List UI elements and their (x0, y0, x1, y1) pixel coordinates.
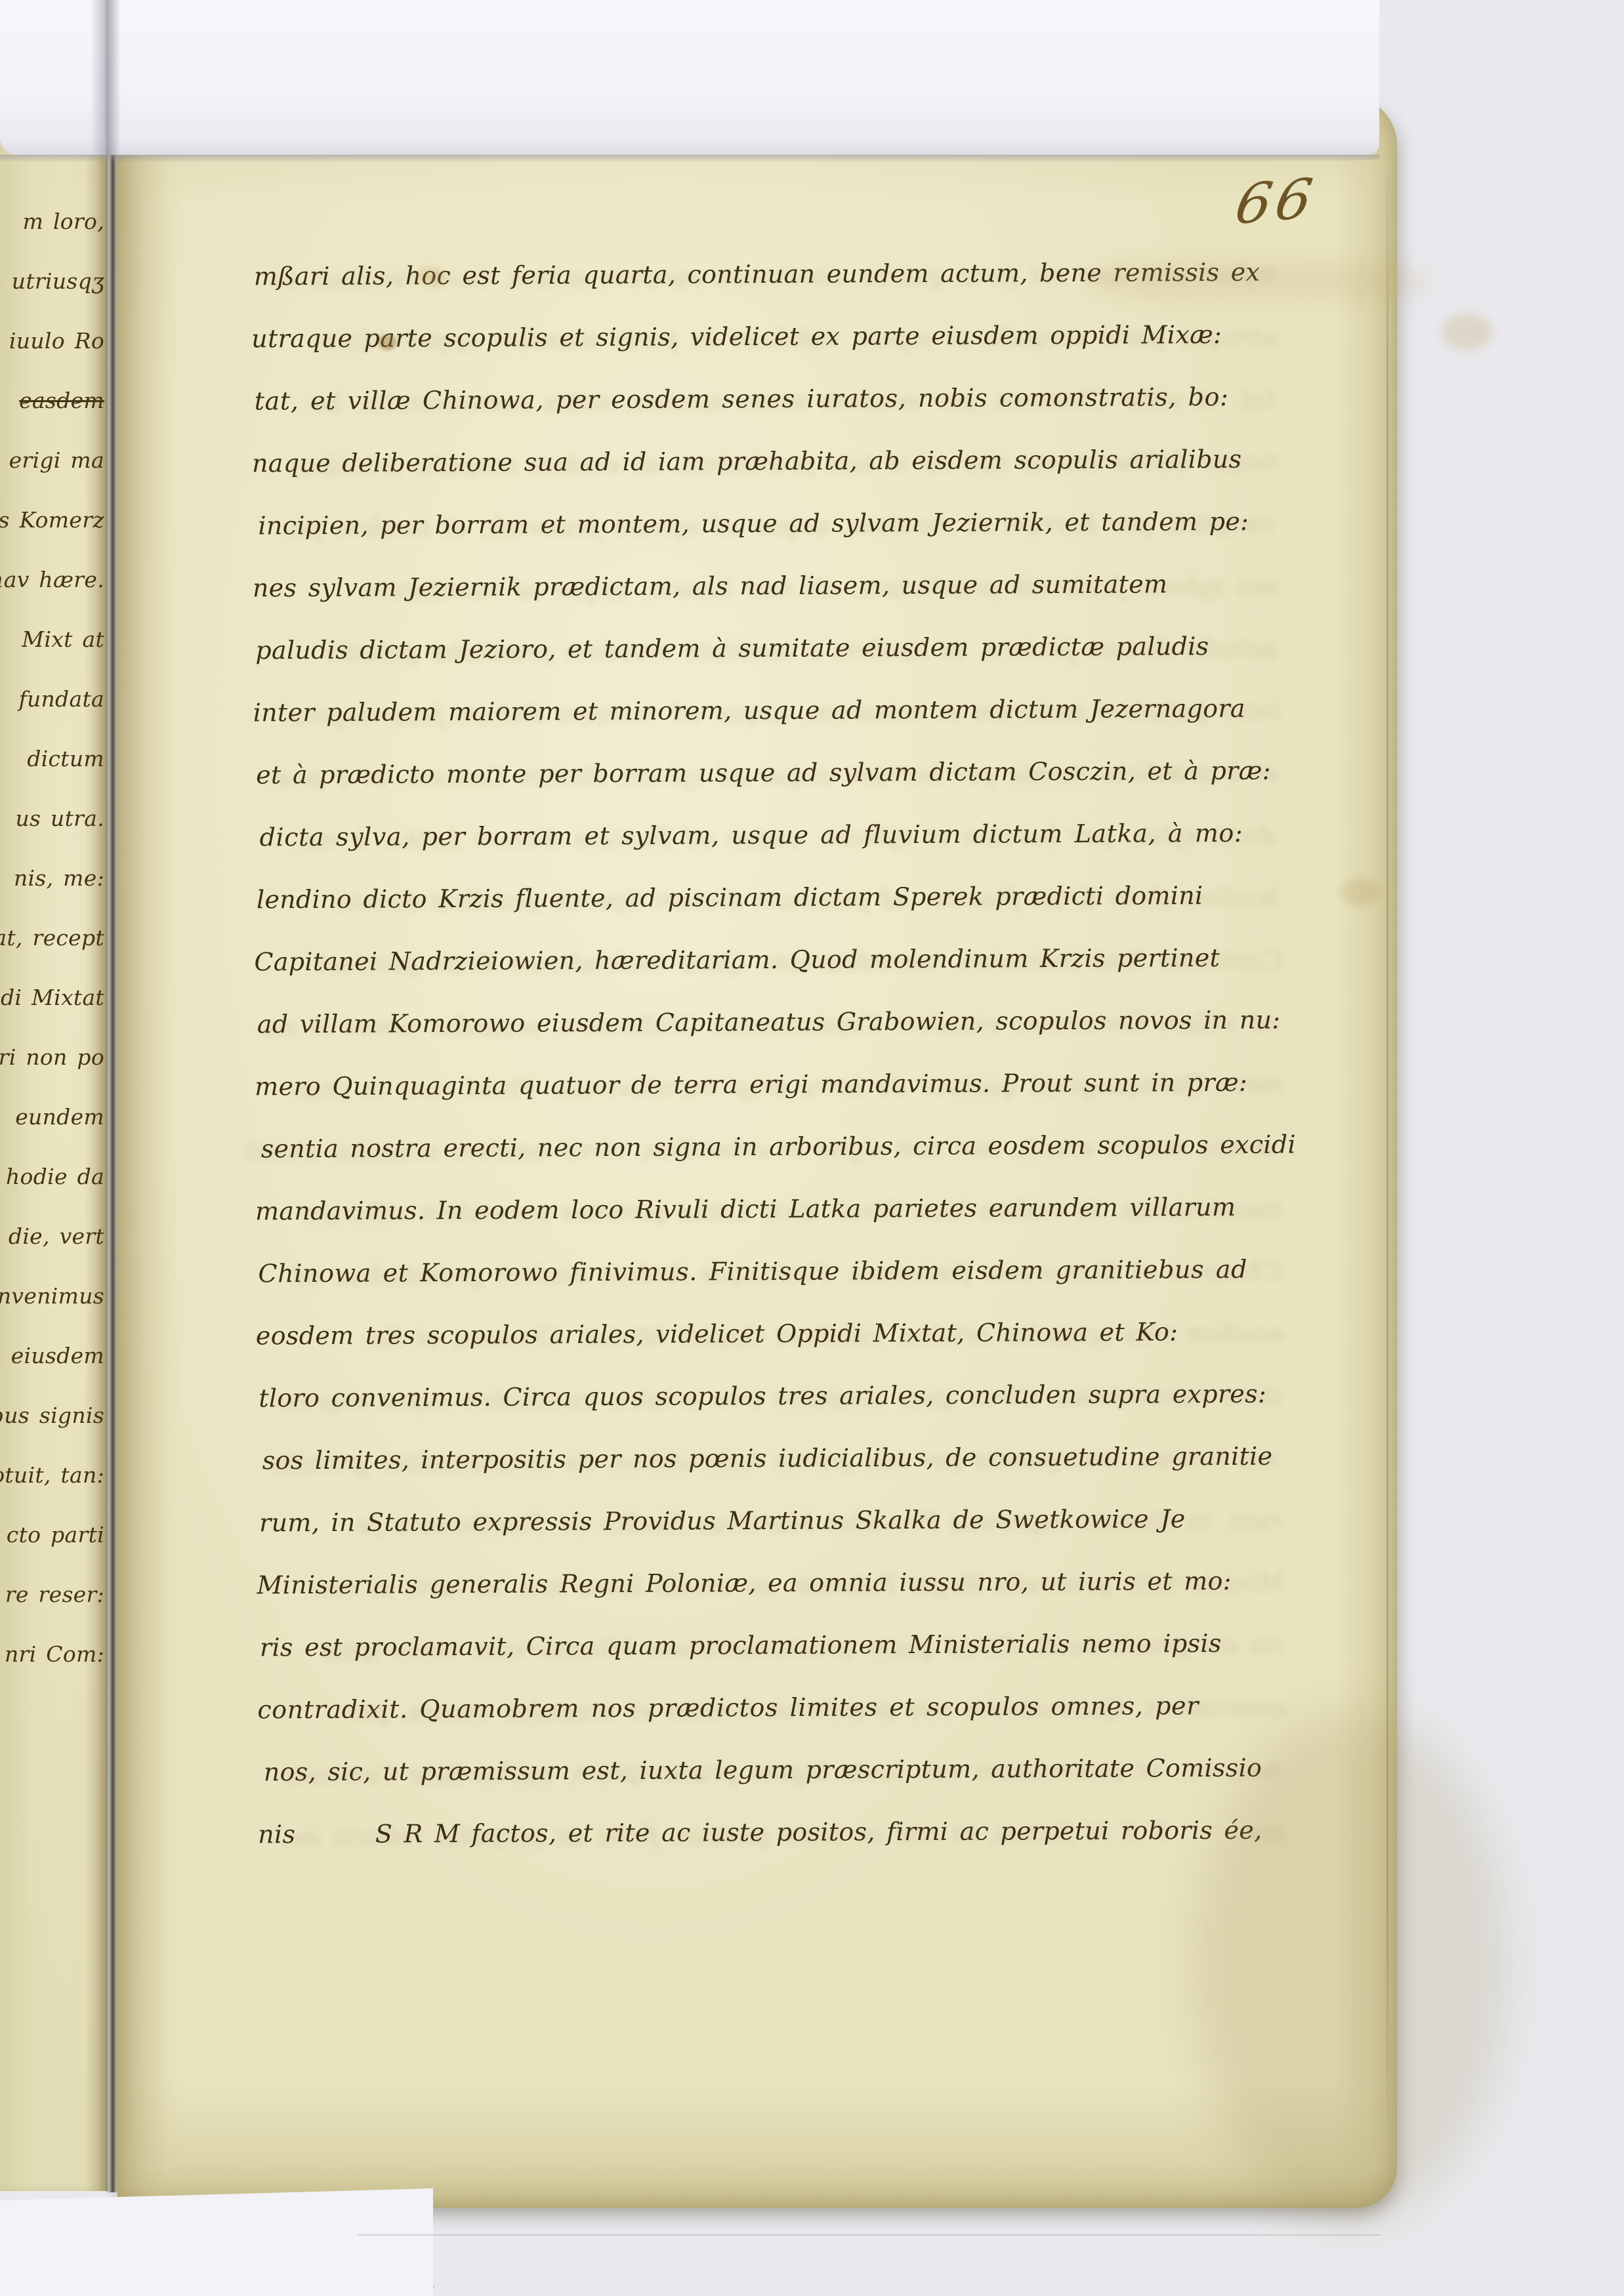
manuscript-text-line: tat, et villæ Chinowa, per eosdem senes … (251, 365, 1275, 432)
margin-text-line: re reser: (0, 1565, 108, 1624)
margin-text-line: m loro, (0, 192, 108, 251)
manuscript-text-line: mero Quinquaginta quatuor de terra erigi… (255, 1051, 1278, 1118)
margin-text-line: eundem (0, 1087, 108, 1147)
manuscript-text-line: incipien, per borram et montem, usque ad… (252, 490, 1276, 557)
manuscript-text-line: nos, sic, ut præmissum est, iuxta legum … (258, 1736, 1281, 1803)
manuscript-text-line: eosdem tres scopulos ariales, videlicet … (256, 1300, 1280, 1367)
margin-text-line: die, vert (0, 1206, 108, 1266)
manuscript-text-line: paludis dictam Jezioro, et tandem à sumi… (253, 615, 1276, 682)
margin-text-line: pidi Mixtat (0, 968, 108, 1027)
cover-sheet (0, 0, 1379, 155)
paper-stain (1442, 314, 1493, 350)
manuscript-text-line: mandavimus. In eodem loco Rivuli dicti L… (255, 1176, 1279, 1242)
page-edge-line (1386, 156, 1388, 2141)
manuscript-text-line: contradixit. Quamobrem nos prædictos lim… (257, 1674, 1281, 1741)
scan-background: { "page": { "number": "66" }, "main_text… (0, 0, 1624, 2296)
margin-text-line: eiusdem (0, 1326, 108, 1385)
bottom-paper-crease (358, 2234, 1381, 2236)
manuscript-text-line: et à prædicto monte per borram usque ad … (253, 739, 1277, 806)
manuscript-text-line: ris est proclamavit, Circa quam proclama… (257, 1612, 1281, 1679)
margin-text-line: iri non po (0, 1027, 108, 1087)
bottom-sheet (0, 2188, 433, 2296)
facing-page-edge: m loro, n, utriusqʒ iuulo Ro easdem a er… (0, 97, 108, 2191)
margin-text-line: n hodie da (0, 1147, 108, 1206)
manuscript-text-line: sentia nostra erecti, nec non signa in a… (255, 1113, 1278, 1180)
margin-text-line: us utra. (0, 789, 108, 848)
text-block: mßari alis, hoc est feria quarta, contin… (251, 241, 1282, 1866)
manuscript-text-line: ad villam Komorowo eiusdem Capitaneatus … (255, 989, 1278, 1056)
manuscript-text-line: naque deliberatione sua ad id iam præhab… (252, 428, 1276, 495)
margin-text-line: thav hære. (0, 550, 108, 609)
manuscript-text-line: Capitanei Nadrzieiowien, hæreditariam. Q… (254, 926, 1278, 993)
margin-text-line: nis, me: (0, 848, 108, 908)
margin-fragments: m loro, n, utriusqʒ iuulo Ro easdem a er… (0, 192, 108, 1684)
manuscript-text-line: mßari alis, hoc est feria quarta, contin… (251, 241, 1275, 308)
manuscript-text-line: inter paludem maiorem et minorem, usque … (253, 677, 1277, 744)
margin-text-line: n, utriusqʒ (0, 251, 108, 311)
margin-text-line: s nri Com: (0, 1624, 108, 1684)
manuscript-text-line: Ministerialis generalis Regni Poloniæ, e… (257, 1549, 1280, 1616)
manuscript-text-line: nes sylvam Jeziernik prædictam, als nad … (253, 552, 1276, 619)
margin-text-line: Mixt at (0, 609, 108, 669)
manuscript-text-line: Chinowa et Komorowo finivimus. Finitisqu… (255, 1238, 1279, 1305)
manuscript-text-line: rum, in Statuto expressis Providus Marti… (257, 1487, 1280, 1554)
margin-text-line: potuit, tan: (0, 1445, 108, 1505)
margin-text-line: fundata (0, 669, 108, 729)
manuscript-text-line: dicta sylva, per borram et sylvam, usque… (253, 802, 1277, 869)
margin-text-line: iuulo Ro (0, 311, 108, 371)
margin-text-line: ds Komerz (0, 490, 108, 550)
manuscript-page: 66 mßari alis, hoc est feria quarta, con… (117, 97, 1397, 2208)
page-number: 66 (1231, 166, 1321, 237)
manuscript-text-line: nis S R M factos, et rite ac iuste posit… (258, 1799, 1281, 1866)
paper-stain (1341, 878, 1381, 907)
manuscript-text-line: utraque parte scopulis et signis, videli… (251, 303, 1275, 370)
margin-text-line: cto parti (0, 1505, 108, 1565)
margin-text-line: a erigi ma (0, 430, 108, 490)
margin-text-line: convenimus (0, 1266, 108, 1326)
manuscript-text-line: tloro convenimus. Circa quos scopulos tr… (256, 1363, 1280, 1429)
margin-text-line: at, recept (0, 908, 108, 968)
manuscript-text-line: lendino dicto Krzis fluente, ad piscinam… (254, 864, 1278, 931)
margin-text-line-struck: easdem (0, 371, 108, 430)
margin-text-line: bus signis (0, 1385, 108, 1445)
cover-sheet-crease (91, 0, 121, 155)
manuscript-text-line: sos limites, interpositis per nos pœnis … (256, 1425, 1280, 1492)
margin-text-line: dictum (0, 729, 108, 789)
